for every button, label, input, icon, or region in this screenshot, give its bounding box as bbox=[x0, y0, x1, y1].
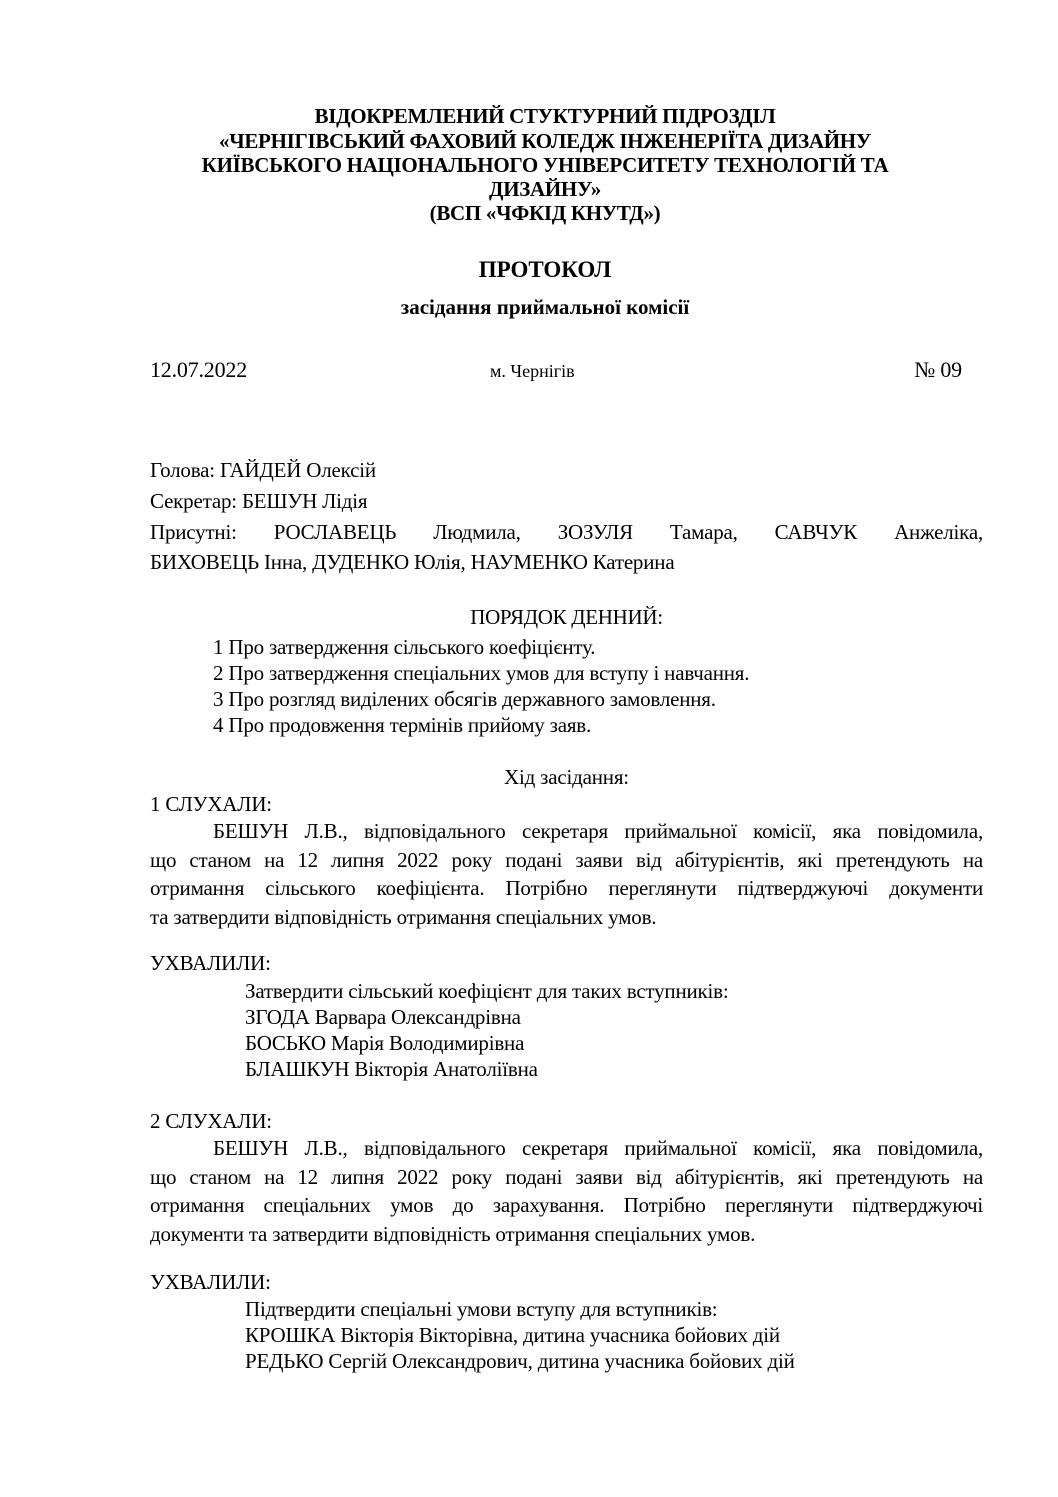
present-line: Присутні: РОСЛАВЕЦЬ Людмила, ЗОЗУЛЯ Тама… bbox=[150, 517, 983, 547]
agenda-heading: ПОРЯДОК ДЕННИЙ: bbox=[150, 604, 983, 630]
heard-text-1: БЕШУН Л.В., відповідального секретаря пр… bbox=[150, 817, 983, 931]
meeting-city: м. Чернігів bbox=[490, 361, 575, 382]
document-subtitle: засідання приймальної комісії bbox=[150, 295, 940, 320]
secretary: Секретар: БЕШУН Лідія bbox=[150, 488, 367, 514]
resolution-line: КРОШКА Вікторія Вікторівна, дитина учасн… bbox=[245, 1322, 780, 1348]
paragraph-line: що станом на 12 липня 2022 року подані з… bbox=[150, 846, 983, 875]
proceedings-heading: Хід засідання: bbox=[150, 764, 983, 790]
header-line: (ВСП «ЧФКІД КНУТД») bbox=[150, 201, 940, 225]
header-line: КИЇВСЬКОГО НАЦІОНАЛЬНОГО УНІВЕРСИТЕТУ ТЕ… bbox=[150, 153, 940, 177]
resolution-line: Затвердити сільський коефіцієнт для таки… bbox=[245, 978, 729, 1004]
heard-label-2: 2 СЛУХАЛИ: bbox=[150, 1108, 272, 1134]
agenda-item: 4 Про продовження термінів прийому заяв. bbox=[213, 712, 591, 738]
present-members: Присутні: РОСЛАВЕЦЬ Людмила, ЗОЗУЛЯ Тама… bbox=[150, 517, 983, 577]
document-title: ПРОТОКОЛ bbox=[150, 257, 940, 283]
heard-label-1: 1 СЛУХАЛИ: bbox=[150, 791, 272, 817]
paragraph-line: БЕШУН Л.В., відповідального секретаря пр… bbox=[150, 1134, 983, 1163]
chair: Голова: ГАЙДЕЙ Олексій bbox=[150, 457, 376, 483]
paragraph-line: документи та затвердити відповідність от… bbox=[150, 1220, 983, 1249]
header-line: «ЧЕРНІГІВСЬКИЙ ФАХОВИЙ КОЛЕДЖ ІНЖЕНЕРІЇТ… bbox=[150, 129, 940, 153]
resolution-line: БОСЬКО Марія Володимирівна bbox=[245, 1030, 524, 1056]
resolution-line: БЛАШКУН Вікторія Анатоліївна bbox=[245, 1056, 538, 1082]
header-line: ДИЗАЙНУ» bbox=[150, 177, 940, 201]
agenda-item: 1 Про затвердження сільського коефіцієнт… bbox=[213, 634, 595, 660]
paragraph-line: та затвердити відповідність отримання сп… bbox=[150, 903, 983, 932]
resolution-line: РЕДЬКО Сергій Олександрович, дитина учас… bbox=[245, 1348, 795, 1374]
paragraph-line: отримання сільського коефіцієнта. Потріб… bbox=[150, 874, 983, 903]
heard-text-2: БЕШУН Л.В., відповідального секретаря пр… bbox=[150, 1134, 983, 1248]
agenda-item: 2 Про затвердження спеціальних умов для … bbox=[213, 660, 749, 686]
resolved-label-1: УХВАЛИЛИ: bbox=[150, 950, 271, 976]
protocol-number: № 09 bbox=[914, 357, 962, 383]
present-line: БИХОВЕЦЬ Інна, ДУДЕНКО Юлія, НАУМЕНКО Ка… bbox=[150, 547, 983, 577]
resolution-line: ЗГОДА Варвара Олександрівна bbox=[245, 1004, 521, 1030]
paragraph-line: що станом на 12 липня 2022 року подані з… bbox=[150, 1163, 983, 1192]
header-line: ВІДОКРЕМЛЕНИЙ СТУКТУРНИЙ ПІДРОЗДІЛ bbox=[150, 104, 940, 128]
resolved-label-2: УХВАЛИЛИ: bbox=[150, 1269, 271, 1295]
resolution-line: Підтвердити спеціальні умови вступу для … bbox=[245, 1296, 717, 1322]
paragraph-line: БЕШУН Л.В., відповідального секретаря пр… bbox=[150, 817, 983, 846]
meeting-date: 12.07.2022 bbox=[150, 357, 247, 383]
agenda-item: 3 Про розгляд виділених обсягів державно… bbox=[213, 686, 716, 712]
paragraph-line: отримання спеціальних умов до зарахуванн… bbox=[150, 1191, 983, 1220]
